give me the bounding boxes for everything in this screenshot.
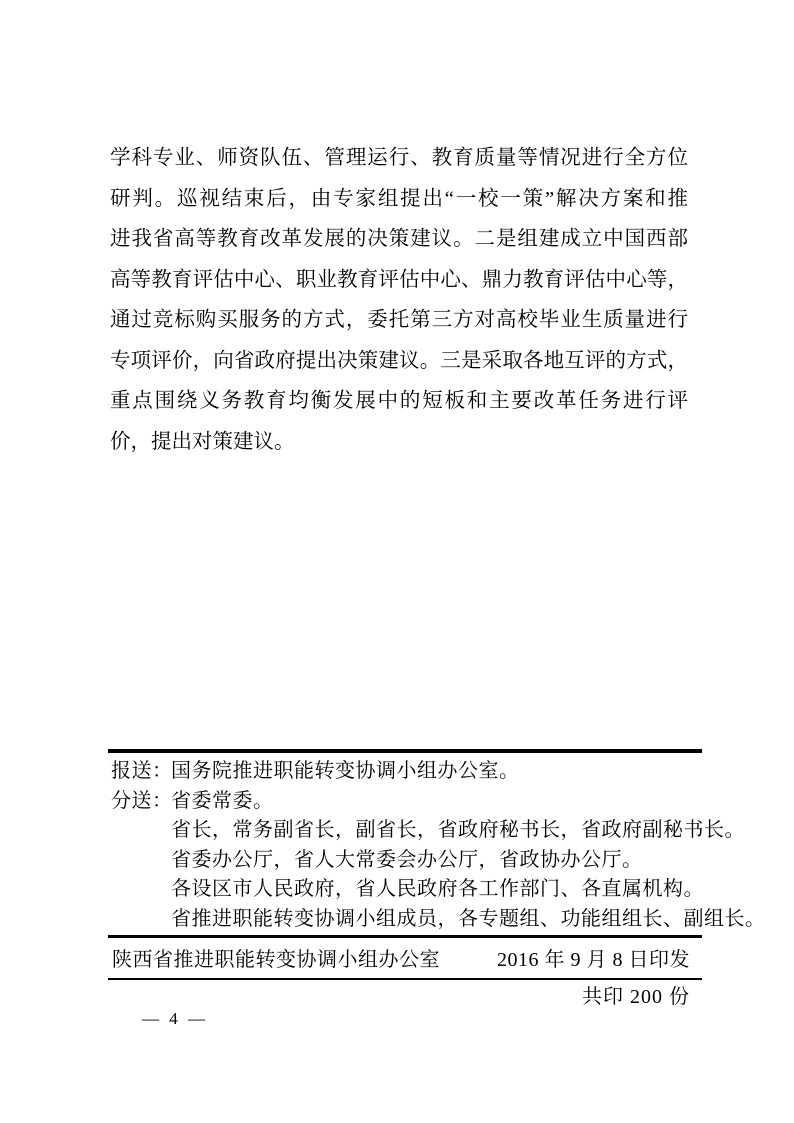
issuing-office: 陕西省推进职能转变协调小组办公室 xyxy=(112,944,440,976)
body-line-6: 专项评价，向省政府提出决策建议。三是采取各地互评的方式， xyxy=(110,341,688,382)
body-line-4: 高等教育评估中心、职业教育评估中心、鼎力教育评估中心等， xyxy=(110,260,688,301)
distribution-text-6: 省推进职能转变协调小组成员，各专题组、功能组组长、副组长。 xyxy=(171,908,766,930)
distribution-row-copy: 分送：省委常委。 xyxy=(111,787,697,817)
distribution-text-5: 各设区市人民政府，省人民政府各工作部门、各直属机构。 xyxy=(171,878,704,900)
distribution-row-5: 各设区市人民政府，省人民政府各工作部门、各直属机构。 xyxy=(111,875,697,905)
distribution-row-3: 省长，常务副省长，副省长，省政府秘书长，省政府副秘书长。 xyxy=(111,816,697,846)
separator-rule-middle xyxy=(108,935,702,938)
print-date: 2016 年 9 月 8 日印发 xyxy=(497,944,690,976)
body-line-1: 学科专业、师资队伍、管理运行、教育质量等情况进行全方位 xyxy=(110,138,688,179)
copies-count: 共印 200 份 xyxy=(582,986,690,1008)
distribution-text-copy: 省委常委。 xyxy=(171,790,274,812)
distribution-text-4: 省委办公厅，省人大常委会办公厅，省政协办公厅。 xyxy=(171,849,643,871)
distribution-text-3: 省长，常务副省长，副省长，省政府秘书长，省政府副秘书长。 xyxy=(171,819,745,841)
page-number: — 4 — xyxy=(142,1007,208,1031)
body-line-8: 价，提出对策建议。 xyxy=(110,422,688,463)
body-paragraph: 学科专业、师资队伍、管理运行、教育质量等情况进行全方位 研判。巡视结束后，由专家… xyxy=(110,138,688,462)
body-line-5: 通过竞标购买服务的方式，委托第三方对高校毕业生质量进行 xyxy=(110,300,688,341)
distribution-row-report: 报送：国务院推进职能转变协调小组办公室。 xyxy=(111,757,697,787)
separator-rule-top xyxy=(108,749,702,753)
document-page: 学科专业、师资队伍、管理运行、教育质量等情况进行全方位 研判。巡视结束后，由专家… xyxy=(0,0,794,1123)
distribution-row-4: 省委办公厅，省人大常委会办公厅，省政协办公厅。 xyxy=(111,846,697,876)
distribution-label-copy: 分送： xyxy=(111,787,171,817)
body-line-7: 重点围绕义务教育均衡发展中的短板和主要改革任务进行评 xyxy=(110,381,688,422)
body-line-2: 研判。巡视结束后，由专家组提出“一校一策”解决方案和推 xyxy=(110,179,688,220)
distribution-list: 报送：国务院推进职能转变协调小组办公室。 分送：省委常委。 省长，常务副省长，副… xyxy=(111,757,697,934)
distribution-row-6: 省推进职能转变协调小组成员，各专题组、功能组组长、副组长。 xyxy=(111,905,697,935)
body-line-3: 进我省高等教育改革发展的决策建议。二是组建成立中国西部 xyxy=(110,219,688,260)
separator-rule-bottom xyxy=(108,978,702,980)
imprint-row: 陕西省推进职能转变协调小组办公室 2016 年 9 月 8 日印发 xyxy=(112,944,690,976)
distribution-text-report: 国务院推进职能转变协调小组办公室。 xyxy=(171,760,520,782)
distribution-label-report: 报送： xyxy=(111,757,171,787)
